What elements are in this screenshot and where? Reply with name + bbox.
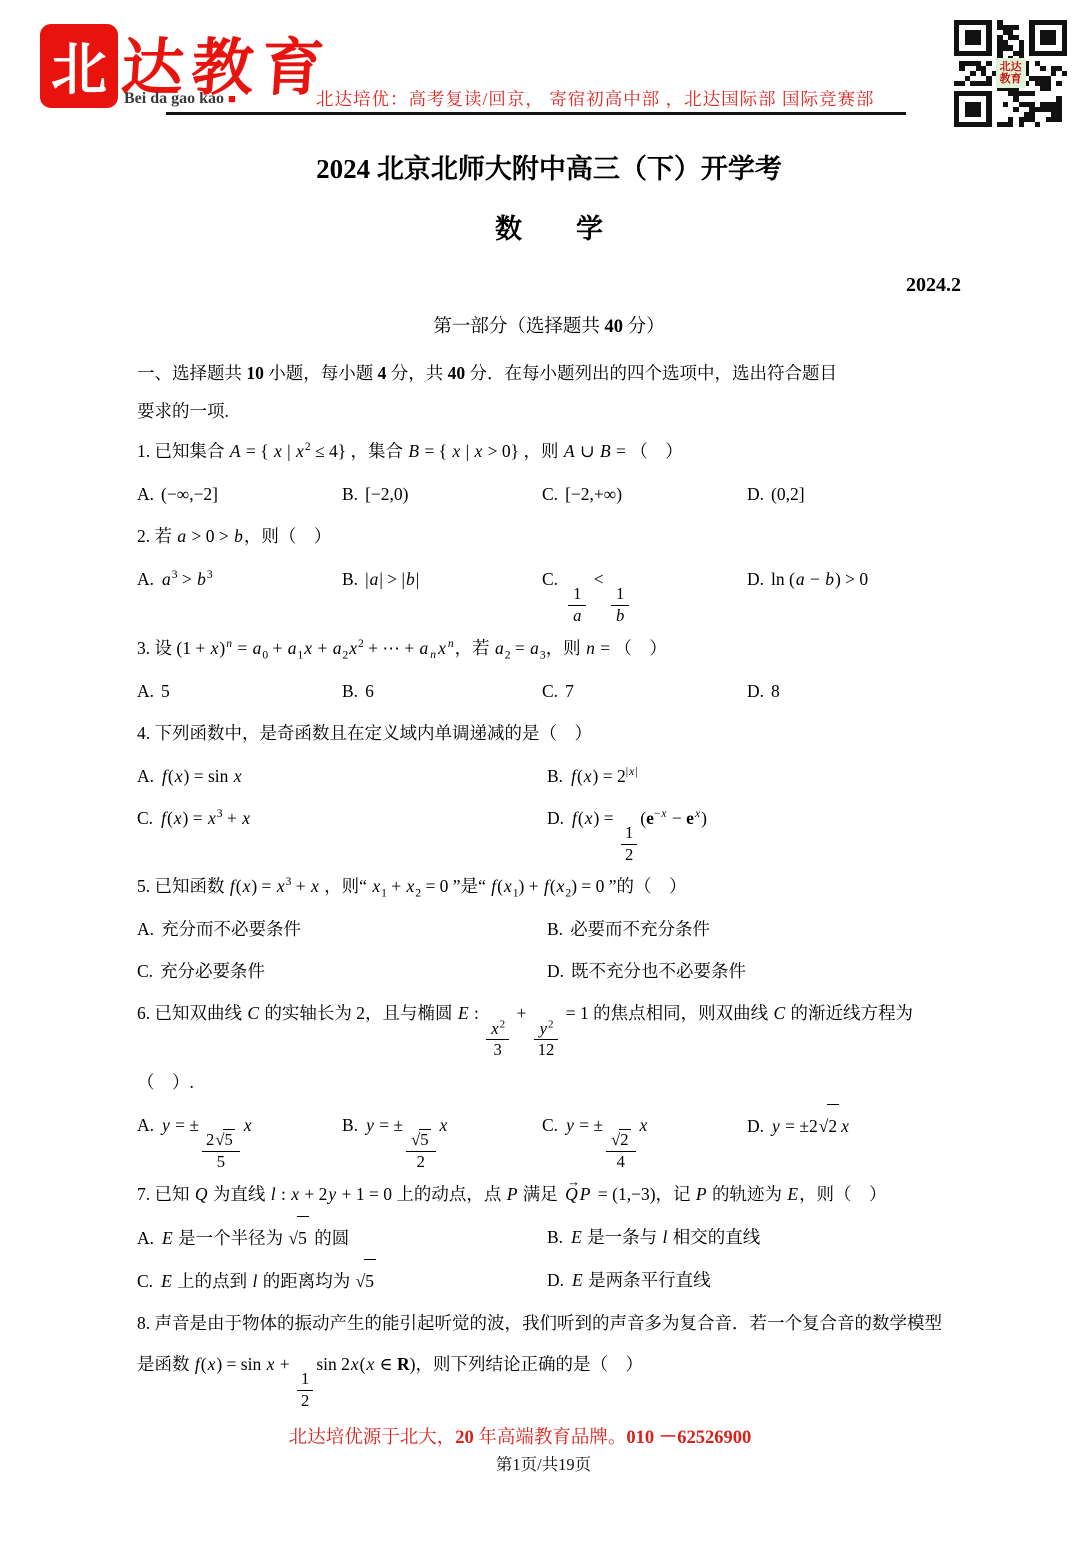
math-i: x: [207, 1354, 217, 1374]
math-f: 12: [621, 823, 637, 866]
math-i: a: [332, 638, 343, 658]
math-i: b: [824, 569, 835, 589]
question-7-option-a: A.E 是一个半径为 √5 的圆: [137, 1216, 547, 1259]
question-5-option-c: C.充分必要条件: [137, 950, 547, 992]
question-5-options: A.充分而不必要条件 B.必要而不充分条件 C.充分必要条件 D.既不充分也不必…: [137, 908, 961, 992]
math-i: a: [287, 638, 298, 658]
math-s: 3: [172, 569, 178, 581]
math-i: x: [207, 808, 217, 828]
question-3-stem: 3. 设 (1 + x)n = a0 + a1x + a2x2 + ⋯ + an…: [137, 629, 961, 668]
math-b: e: [646, 808, 654, 828]
math-i: x: [628, 766, 635, 778]
question-2-option-a: A.a3 > b3: [137, 558, 342, 627]
math-i: f: [161, 766, 168, 786]
math-d: 2: [415, 888, 421, 900]
math-s: 2: [358, 638, 364, 650]
math-s: |x|: [626, 766, 638, 778]
math-i: f: [229, 876, 236, 896]
qr-label-line1: 北达: [1000, 61, 1022, 73]
math-i: y: [539, 1019, 548, 1038]
math-i: f: [160, 808, 167, 828]
question-1-option-a: A.(−∞,−2]: [137, 473, 342, 515]
math-i: f: [490, 876, 497, 896]
question-1-option-c: C.[−2,+∞): [542, 473, 747, 515]
math-i: x: [694, 808, 701, 820]
math-b: 010 －62526900: [626, 1428, 751, 1448]
math-s: n: [447, 638, 455, 650]
question-3: 3. 设 (1 + x)n = a0 + a1x + a2x2 + ⋯ + an…: [137, 629, 961, 712]
math-i: x: [310, 876, 320, 896]
math-i: a: [419, 638, 430, 658]
logo-seal-char: 北: [51, 26, 107, 106]
math-d: 2: [505, 649, 511, 661]
question-4-stem: 4. 下列函数中，是奇函数且在定义域内单调递减的是（ ）: [137, 714, 961, 753]
math-s: −x: [654, 808, 668, 820]
question-6-option-b: B.y = ±√52x: [342, 1104, 542, 1173]
math-i: x: [243, 1115, 253, 1135]
math-i: x: [233, 766, 243, 786]
math-i: x: [437, 638, 447, 658]
math-s: x: [694, 808, 701, 820]
math-i: b: [196, 569, 207, 589]
math-i: b: [233, 526, 244, 546]
logo-subtext: Bei da gao kao ■: [124, 90, 236, 108]
math-i: P: [695, 1184, 708, 1204]
math-s: 3: [286, 877, 292, 889]
question-6: 6. 已知双曲线 C 的实轴长为 2，且与椭圆 E : x23 + y212 =…: [137, 994, 961, 1172]
math-i: Q: [564, 1184, 579, 1204]
question-6-option-a: A.y = ±2√55x: [137, 1104, 342, 1173]
math-b: 4: [378, 363, 387, 383]
math-b: 40: [448, 363, 466, 383]
question-3-option-b: B.6: [342, 670, 542, 712]
math-b: e: [686, 808, 694, 828]
math-i: E: [570, 1227, 583, 1247]
question-7-options: A.E 是一个半径为 √5 的圆 B.E 是一条与 l 相交的直线 C.E 上的…: [137, 1216, 961, 1302]
intro-line-2: 要求的一项.: [137, 392, 961, 430]
question-2-options: A.a3 > b3 B.|a| > |b| C.1a < 1b D.ln (a …: [137, 558, 961, 627]
math-i: x: [295, 441, 305, 461]
math-i: x: [290, 1184, 300, 1204]
section-heading: 第一部分（选择题共 40 分）: [137, 314, 961, 340]
math-r: √5: [411, 1129, 430, 1151]
math-i: y: [365, 1115, 375, 1135]
question-8-stem: 8. 声音是由于物体的振动产生的能引起听觉的波，我们听到的声音多为复合音．若一个…: [137, 1304, 961, 1343]
math-i: P: [506, 1184, 519, 1204]
math-i: x: [241, 808, 251, 828]
math-d: 1: [381, 888, 387, 900]
math-i: x: [840, 1116, 850, 1136]
question-2-option-c: C.1a < 1b: [542, 558, 747, 627]
math-i: x: [242, 876, 252, 896]
math-f: 12: [297, 1369, 313, 1412]
question-3-options: A.5 B.6 C.7 D.8: [137, 670, 961, 712]
question-5-option-d: D.既不充分也不必要条件: [547, 950, 961, 992]
math-i: y: [327, 1184, 337, 1204]
math-i: B: [599, 441, 612, 461]
math-i: A: [563, 441, 576, 461]
question-1-option-d: D.(0,2]: [747, 473, 961, 515]
question-8-stem-line2: 是函数 f(x) = sin x + 12sin 2x(x ∈ R)，则下列结论…: [137, 1345, 961, 1412]
math-i: x: [660, 808, 667, 820]
math-i: f: [571, 808, 578, 828]
math-i: a: [176, 526, 187, 546]
math-i: x: [366, 1354, 376, 1374]
math-f: 1a: [568, 584, 586, 627]
math-i: x: [273, 441, 283, 461]
question-4-option-b: B.f(x) = 2|x|: [547, 755, 961, 797]
math-i: n: [225, 638, 233, 650]
qr-code-center-label: 北达 教育: [996, 58, 1026, 88]
math-s: 2: [548, 1018, 553, 1030]
header-rule: [166, 112, 906, 115]
question-5-option-a: A.充分而不必要条件: [137, 908, 547, 950]
math-i: C: [246, 1003, 260, 1023]
question-3-option-d: D.8: [747, 670, 961, 712]
math-i: a: [252, 638, 263, 658]
math-s: 3: [207, 569, 213, 581]
math-f: y212: [534, 1019, 559, 1062]
math-r: √2: [819, 1104, 839, 1147]
math-i: f: [194, 1354, 201, 1374]
question-4-option-d: D.f(x) = 12(e−x − ex): [547, 797, 961, 866]
math-f: x23: [486, 1019, 509, 1062]
math-r: √2: [611, 1129, 630, 1151]
question-5-option-b: B.必要而不充分条件: [547, 908, 961, 950]
math-d: 0: [262, 649, 268, 661]
math-i: n: [447, 638, 455, 650]
math-r: √5: [356, 1259, 376, 1302]
math-b: 40: [605, 317, 624, 337]
question-2-option-d: D.ln (a − b) > 0: [747, 558, 961, 627]
question-6-stem-line2: （ ）.: [137, 1063, 961, 1102]
question-4-option-a: A.f(x) = sin x: [137, 755, 547, 797]
math-i: x: [474, 441, 484, 461]
math-d: 3: [540, 649, 546, 661]
question-1-stem: 1. 已知集合 A = { x | x2 ≤ 4} ，集合 B = { x | …: [137, 432, 961, 471]
question-2-option-b: B.|a| > |b|: [342, 558, 542, 627]
qr-code: 北达 教育: [950, 16, 1071, 131]
question-5: 5. 已知函数 f(x) = x3 + x ，则“ x1 + x2 = 0 ”是…: [137, 867, 961, 992]
math-s: 2: [500, 1018, 505, 1030]
math-i: x: [406, 876, 416, 896]
math-i: a: [161, 569, 172, 589]
math-b: 10: [246, 363, 264, 383]
math-r: √5: [215, 1129, 234, 1151]
math-i: E: [457, 1003, 470, 1023]
math-s: 2: [305, 441, 311, 453]
exam-date: 2024.2: [137, 272, 961, 298]
intro-line-1: 一、选择题共 10 小题，每小题 4 分，共 40 分．在每小题列出的四个选项中…: [137, 354, 961, 392]
math-i: x: [173, 808, 183, 828]
math-i: x: [556, 876, 566, 896]
question-8: 8. 声音是由于物体的振动产生的能引起听觉的波，我们听到的声音多为复合音．若一个…: [137, 1304, 961, 1412]
math-i: x: [371, 876, 381, 896]
math-f: 1b: [611, 584, 629, 627]
question-6-stem: 6. 已知双曲线 C 的实轴长为 2，且与椭圆 E : x23 + y212 =…: [137, 994, 961, 1061]
math-i: E: [786, 1184, 799, 1204]
question-4-options: A.f(x) = sin x B.f(x) = 2|x| C.f(x) = x3…: [137, 755, 961, 866]
math-i: A: [229, 441, 242, 461]
subject-title: 数 学: [137, 212, 961, 246]
math-i: b: [615, 606, 625, 625]
question-4: 4. 下列函数中，是奇函数且在定义域内单调递减的是（ ） A.f(x) = si…: [137, 714, 961, 866]
question-6-option-d: D.y = ±2√2x: [747, 1104, 961, 1173]
math-i: P: [579, 1184, 592, 1204]
question-7-option-b: B.E 是一条与 l 相交的直线: [547, 1216, 961, 1259]
math-i: a: [369, 569, 380, 589]
math-i: a: [572, 606, 582, 625]
question-7-option-c: C.E 上的点到 l 的距离均为 √5: [137, 1259, 547, 1302]
math-i: Q: [194, 1184, 209, 1204]
math-b: R: [397, 1354, 410, 1374]
math-i: f: [570, 766, 577, 786]
math-i: x: [348, 638, 358, 658]
math-i: E: [160, 1271, 173, 1291]
math-i: E: [571, 1270, 584, 1290]
math-i: x: [503, 876, 513, 896]
math-i: x: [276, 876, 286, 896]
math-i: n: [585, 638, 596, 658]
footer-page-number: 第1页/共19页: [0, 1454, 1087, 1476]
math-i: C: [772, 1003, 786, 1023]
math-f: √52: [406, 1129, 435, 1173]
math-i: x: [439, 1115, 449, 1135]
intro: 一、选择题共 10 小题，每小题 4 分，共 40 分．在每小题列出的四个选项中…: [137, 354, 961, 430]
question-3-option-a: A.5: [137, 670, 342, 712]
math-s: n: [225, 638, 233, 650]
logo-subtext-label: Bei da gao kao: [124, 90, 224, 107]
question-3-option-c: C.7: [542, 670, 747, 712]
question-7-stem: 7. 已知 Q 为直线 l : x + 2y + 1 = 0 上的动点，点 P …: [137, 1175, 961, 1214]
exam-content: 2024 北京北师大附中高三（下）开学考 数 学 2024.2 第一部分（选择题…: [137, 152, 961, 1411]
question-1-options: A.(−∞,−2] B.[−2,0) C.[−2,+∞) D.(0,2]: [137, 473, 961, 515]
math-s: 3: [217, 808, 223, 820]
math-i: n: [429, 649, 437, 661]
question-6-options: A.y = ±2√55x B.y = ±√52x C.y = ±√24x D.y…: [137, 1104, 961, 1173]
math-f: 2√55: [202, 1129, 240, 1173]
math-i: x: [266, 1354, 276, 1374]
math-b: 20: [455, 1428, 474, 1448]
math-i: E: [161, 1228, 174, 1248]
math-d: 1: [513, 888, 519, 900]
math-i: f: [543, 876, 550, 896]
math-d: n: [429, 649, 437, 661]
math-i: x: [490, 1019, 499, 1038]
question-5-stem: 5. 已知函数 f(x) = x3 + x ，则“ x1 + x2 = 0 ”是…: [137, 867, 961, 906]
question-2-stem: 2. 若 a > 0 > b，则（ ）: [137, 517, 961, 556]
math-i: x: [303, 638, 313, 658]
math-i: a: [795, 569, 806, 589]
math-i: a: [529, 638, 540, 658]
math-i: a: [494, 638, 505, 658]
logo-seal: 北: [42, 26, 116, 106]
exam-title: 2024 北京北师大附中高三（下）开学考: [137, 152, 961, 186]
math-i: x: [584, 808, 594, 828]
math-i: b: [405, 569, 416, 589]
math-i: x: [583, 766, 593, 786]
math-i: l: [252, 1271, 259, 1291]
math-i: l: [270, 1184, 277, 1204]
math-i: x: [210, 638, 220, 658]
question-1: 1. 已知集合 A = { x | x2 ≤ 4} ，集合 B = { x | …: [137, 432, 961, 515]
question-1-option-b: B.[−2,0): [342, 473, 542, 515]
math-i: B: [407, 441, 420, 461]
page: 北 达教育 Bei da gao kao ■ 北达培优：高考复读/回京， 寄宿初…: [0, 0, 1087, 1559]
math-i: x: [639, 1115, 649, 1135]
math-i: x: [451, 441, 461, 461]
question-7-option-d: D.E 是两条平行直线: [547, 1259, 961, 1302]
question-7: 7. 已知 Q 为直线 l : x + 2y + 1 = 0 上的动点，点 P …: [137, 1175, 961, 1302]
math-i: y: [161, 1115, 171, 1135]
footer-slogan: 北达培优源于北大，20 年高端教育品牌。010 －62526900: [0, 1425, 1040, 1451]
math-i: x: [174, 766, 184, 786]
question-4-option-c: C.f(x) = x3 + x: [137, 797, 547, 866]
math-i: y: [771, 1116, 781, 1136]
math-i: l: [662, 1227, 669, 1247]
math-d: 2: [565, 888, 571, 900]
header-tagline: 北达培优：高考复读/回京， 寄宿初高中部 ，北达国际部 国际竞赛部: [316, 86, 875, 111]
question-2: 2. 若 a > 0 > b，则（ ） A.a3 > b3 B.|a| > |b…: [137, 517, 961, 627]
math-f: √24: [606, 1129, 635, 1173]
math-r: √5: [288, 1216, 308, 1259]
logo-red-square-icon: ■: [228, 91, 236, 106]
math-i: x: [350, 1354, 360, 1374]
math-i: y: [565, 1115, 575, 1135]
qr-label-line2: 教育: [1000, 73, 1022, 85]
math-v: QP: [562, 1175, 593, 1214]
